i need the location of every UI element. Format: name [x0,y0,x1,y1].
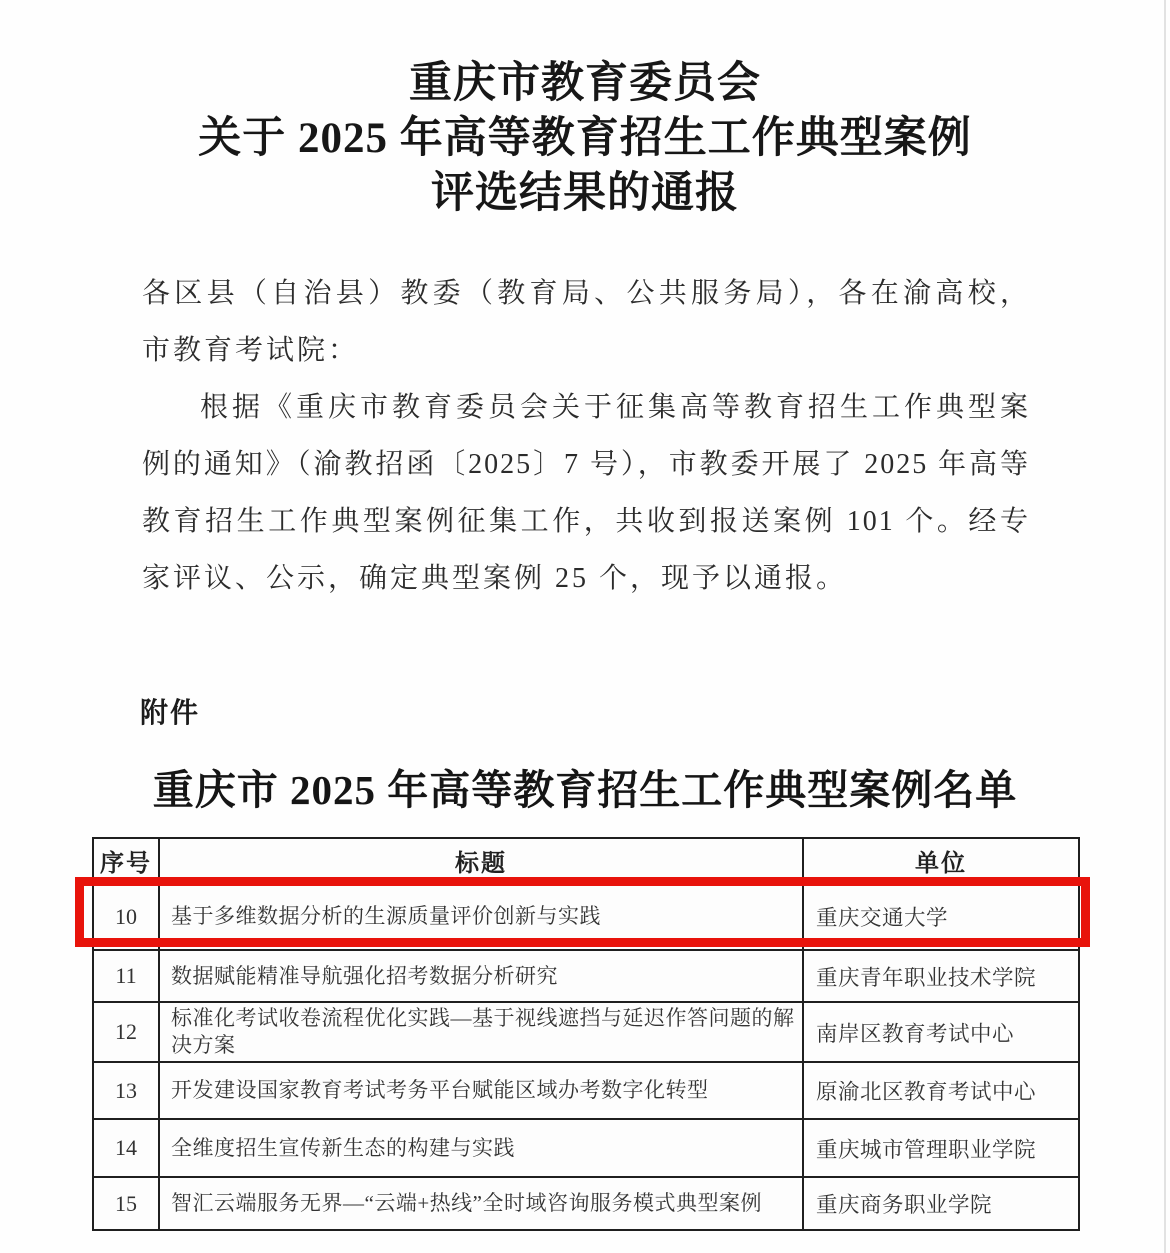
document-title-line-2: 关于 2025 年高等教育招生工作典型案例 [0,111,1170,166]
body-paragraph-line: 例的通知》（渝教招函〔2025〕7 号），市教委开展了 2025 年高等 [142,436,1030,493]
body-paragraph-line: 家评议、公示，确定典型案例 25 个，现予以通报。 [142,550,1030,607]
row-number: 13 [93,1062,159,1119]
case-table: 序号 标题 单位 10 基于多维数据分析的生源质量评价创新与实践 重庆交通大学 … [92,837,1080,1231]
row-title: 开发建设国家教育考试考务平台赋能区域办考数字化转型 [159,1062,803,1119]
row-number: 10 [93,883,159,950]
document-body: 各区县（自治县）教委（教育局、公共服务局），各在渝高校， 市教育考试院： 根据《… [142,265,1030,607]
row-unit: 原渝北区教育考试中心 [803,1062,1079,1119]
case-table-wrapper: 序号 标题 单位 10 基于多维数据分析的生源质量评价创新与实践 重庆交通大学 … [92,837,1078,1231]
row-number: 14 [93,1119,159,1177]
salutation-line: 各区县（自治县）教委（教育局、公共服务局），各在渝高校， [142,265,1030,322]
row-unit: 重庆城市管理职业学院 [803,1119,1079,1177]
table-header-row: 序号 标题 单位 [93,838,1079,883]
salutation-line: 市教育考试院： [142,322,1030,379]
attachment-title: 重庆市 2025 年高等教育招生工作典型案例名单 [0,757,1170,816]
row-title: 智汇云端服务无界—“云端+热线”全时域咨询服务模式典型案例 [159,1177,803,1230]
column-header-title: 标题 [159,838,803,883]
row-title: 标准化考试收卷流程优化实践—基于视线遮挡与延迟作答问题的解决方案 [159,1002,803,1062]
row-title: 数据赋能精准导航强化招考数据分析研究 [159,950,803,1002]
table-row: 14 全维度招生宣传新生态的构建与实践 重庆城市管理职业学院 [93,1119,1079,1177]
row-number: 15 [93,1177,159,1230]
body-paragraph-line: 教育招生工作典型案例征集工作，共收到报送案例 101 个。经专 [142,493,1030,550]
row-unit: 重庆青年职业技术学院 [803,950,1079,1002]
row-number: 11 [93,950,159,1002]
column-header-no: 序号 [93,838,159,883]
table-row: 15 智汇云端服务无界—“云端+热线”全时域咨询服务模式典型案例 重庆商务职业学… [93,1177,1079,1230]
table-row-highlighted: 10 基于多维数据分析的生源质量评价创新与实践 重庆交通大学 [93,883,1079,950]
row-title: 基于多维数据分析的生源质量评价创新与实践 [159,883,803,950]
document-title-line-3: 评选结果的通报 [0,166,1170,221]
row-number: 12 [93,1002,159,1062]
row-title: 全维度招生宣传新生态的构建与实践 [159,1119,803,1177]
attachment-label: 附件 [140,691,1170,731]
column-header-unit: 单位 [803,838,1079,883]
row-unit: 重庆交通大学 [803,883,1079,950]
body-paragraph-line: 根据《重庆市教育委员会关于征集高等教育招生工作典型案 [142,379,1030,436]
table-row: 12 标准化考试收卷流程优化实践—基于视线遮挡与延迟作答问题的解决方案 南岸区教… [93,1002,1079,1062]
document-title: 重庆市教育委员会 关于 2025 年高等教育招生工作典型案例 评选结果的通报 [0,0,1170,221]
table-row: 13 开发建设国家教育考试考务平台赋能区域办考数字化转型 原渝北区教育考试中心 [93,1062,1079,1119]
table-row: 11 数据赋能精准导航强化招考数据分析研究 重庆青年职业技术学院 [93,950,1079,1002]
row-unit: 重庆商务职业学院 [803,1177,1079,1230]
row-unit: 南岸区教育考试中心 [803,1002,1079,1062]
document-title-line-1: 重庆市教育委员会 [0,56,1170,111]
document-page: 重庆市教育委员会 关于 2025 年高等教育招生工作典型案例 评选结果的通报 各… [0,0,1170,1253]
